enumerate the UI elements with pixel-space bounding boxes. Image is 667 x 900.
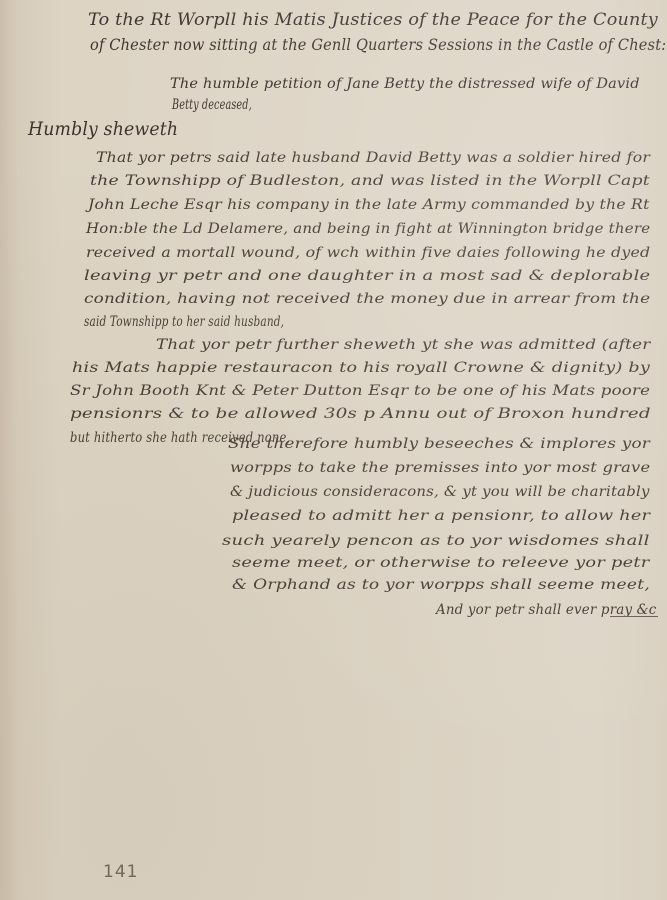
prayer-line-1: She therefore humbly beseeches & implore… <box>228 436 650 452</box>
paragraph-1-line-1: That yor petrs said late husband David B… <box>96 150 650 166</box>
paragraph-1-line-4: Hon:ble the Ld Delamere, and being in fi… <box>86 221 650 237</box>
petition-title-line-1: The humble petition of Jane Betty the di… <box>170 76 640 92</box>
paragraph-2-line-2: his Mats happie restauracon to his royal… <box>72 360 650 376</box>
salutation: Humbly sheweth <box>28 118 178 140</box>
prayer-line-7: & Orphand as to yor worpps shall seeme m… <box>232 577 650 593</box>
prayer-line-6: seeme meet, or otherwise to releeve yor … <box>232 555 649 571</box>
paragraph-2-line-4: pensionrs & to be allowed 30s p Annu out… <box>70 406 651 422</box>
prayer-line-2: worpps to take the premisses into yor mo… <box>230 460 650 476</box>
address-line-2: of Chester now sitting at the Genll Quar… <box>90 35 666 54</box>
paragraph-1-line-6: leaving yr petr and one daughter in a mo… <box>84 268 650 284</box>
prayer-line-4: pleased to admitt her a pensionr, to all… <box>232 508 650 524</box>
paragraph-1-line-3: John Leche Esqr his company in the late … <box>88 197 650 213</box>
paragraph-2-line-3: Sr John Booth Knt & Peter Dutton Esqr to… <box>70 383 650 399</box>
manuscript-page: To the Rt Worpll his Matis Justices of t… <box>0 0 667 900</box>
closing-flourish <box>610 616 658 617</box>
paragraph-1-line-5: received a mortall wound, of wch within … <box>86 245 650 261</box>
paragraph-1-line-7: condition, having not received the money… <box>84 291 650 307</box>
prayer-line-5: such yearely pencon as to yor wisdomes s… <box>222 533 650 549</box>
paragraph-2-line-1: That yor petr further sheweth yt she was… <box>156 337 650 353</box>
prayer-line-3: & judicious consideracons, & yt you will… <box>230 484 650 500</box>
paragraph-1-line-2: the Townshipp of Budleston, and was list… <box>90 173 650 189</box>
address-line-1: To the Rt Worpll his Matis Justices of t… <box>88 10 658 30</box>
folio-number: 141 <box>103 862 138 882</box>
paragraph-1-line-8: said Townshipp to her said husband, <box>84 314 284 330</box>
petition-title-line-2: Betty deceased, <box>172 97 252 113</box>
